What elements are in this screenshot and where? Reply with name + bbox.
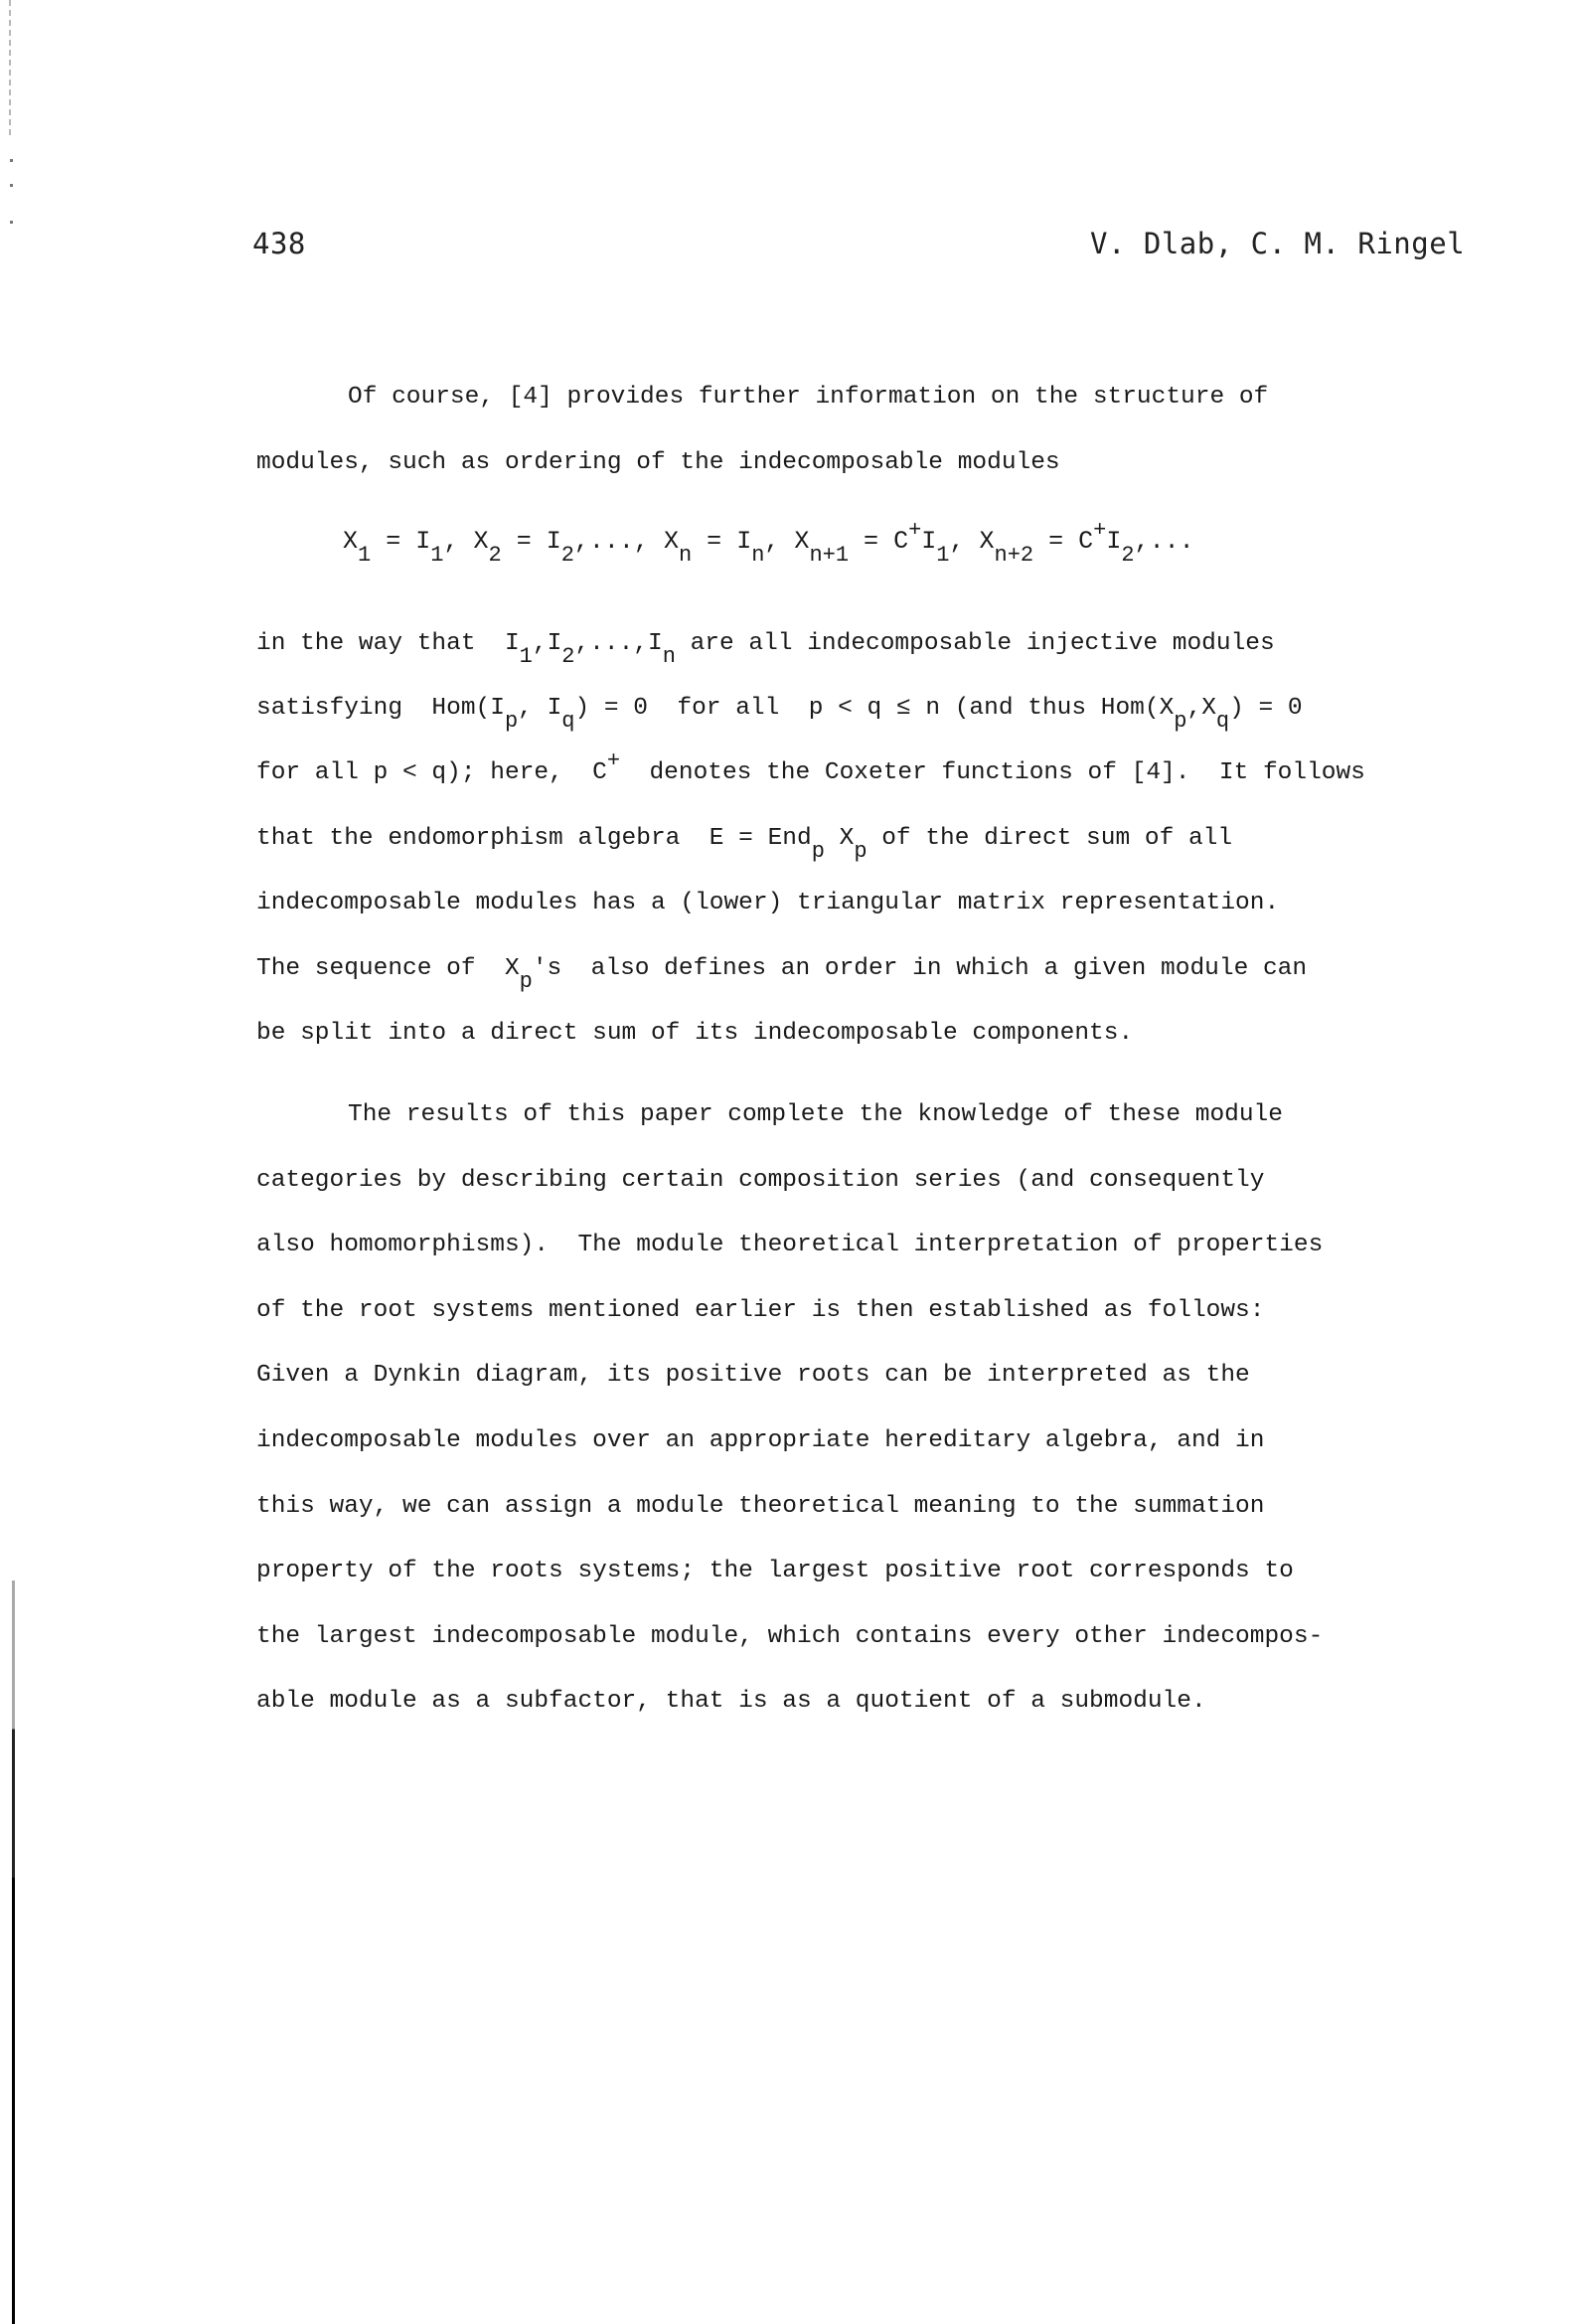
text-line: indecomposable modules has a (lower) tri… <box>256 892 1279 916</box>
text-line: The results of this paper complete the k… <box>348 1103 1283 1128</box>
text-line: this way, we can assign a module theoret… <box>256 1495 1264 1520</box>
scan-edge-top <box>9 0 11 139</box>
text-line: property of the roots systems; the large… <box>256 1560 1294 1584</box>
text-line: in the way that I1,I2,...,In are all ind… <box>256 632 1275 657</box>
scan-edge-bottom <box>12 1580 15 2324</box>
text-line: categories by describing certain composi… <box>256 1169 1264 1194</box>
text-line: able module as a subfactor, that is as a… <box>256 1690 1206 1715</box>
text-line: be split into a direct sum of its indeco… <box>256 1022 1133 1047</box>
text-line: Of course, [4] provides further informat… <box>348 386 1268 411</box>
text-line: The sequence of Xp's also defines an ord… <box>256 957 1307 982</box>
scan-mark <box>10 159 13 162</box>
scan-mark <box>10 184 13 187</box>
text-line: of the root systems mentioned earlier is… <box>256 1299 1264 1324</box>
scan-mark <box>10 221 13 224</box>
display-formula: X1 = I1, X2 = I2,..., Xn = In, Xn+1 = C+… <box>343 527 1194 556</box>
text-line: also homomorphisms). The module theoreti… <box>256 1234 1323 1258</box>
running-head-authors: V. Dlab, C. M. Ringel <box>1090 227 1465 260</box>
text-line: that the endomorphism algebra E = Endp X… <box>256 827 1232 852</box>
page-number: 438 <box>252 227 306 260</box>
text-line: Given a Dynkin diagram, its positive roo… <box>256 1364 1250 1389</box>
text-line: the largest indecomposable module, which… <box>256 1625 1323 1650</box>
text-line: satisfying Hom(Ip, Iq) = 0 for all p < q… <box>256 697 1303 722</box>
text-line: indecomposable modules over an appropria… <box>256 1429 1264 1454</box>
text-line: for all p < q); here, C+ denotes the Cox… <box>256 761 1365 786</box>
text-line: modules, such as ordering of the indecom… <box>256 451 1060 476</box>
